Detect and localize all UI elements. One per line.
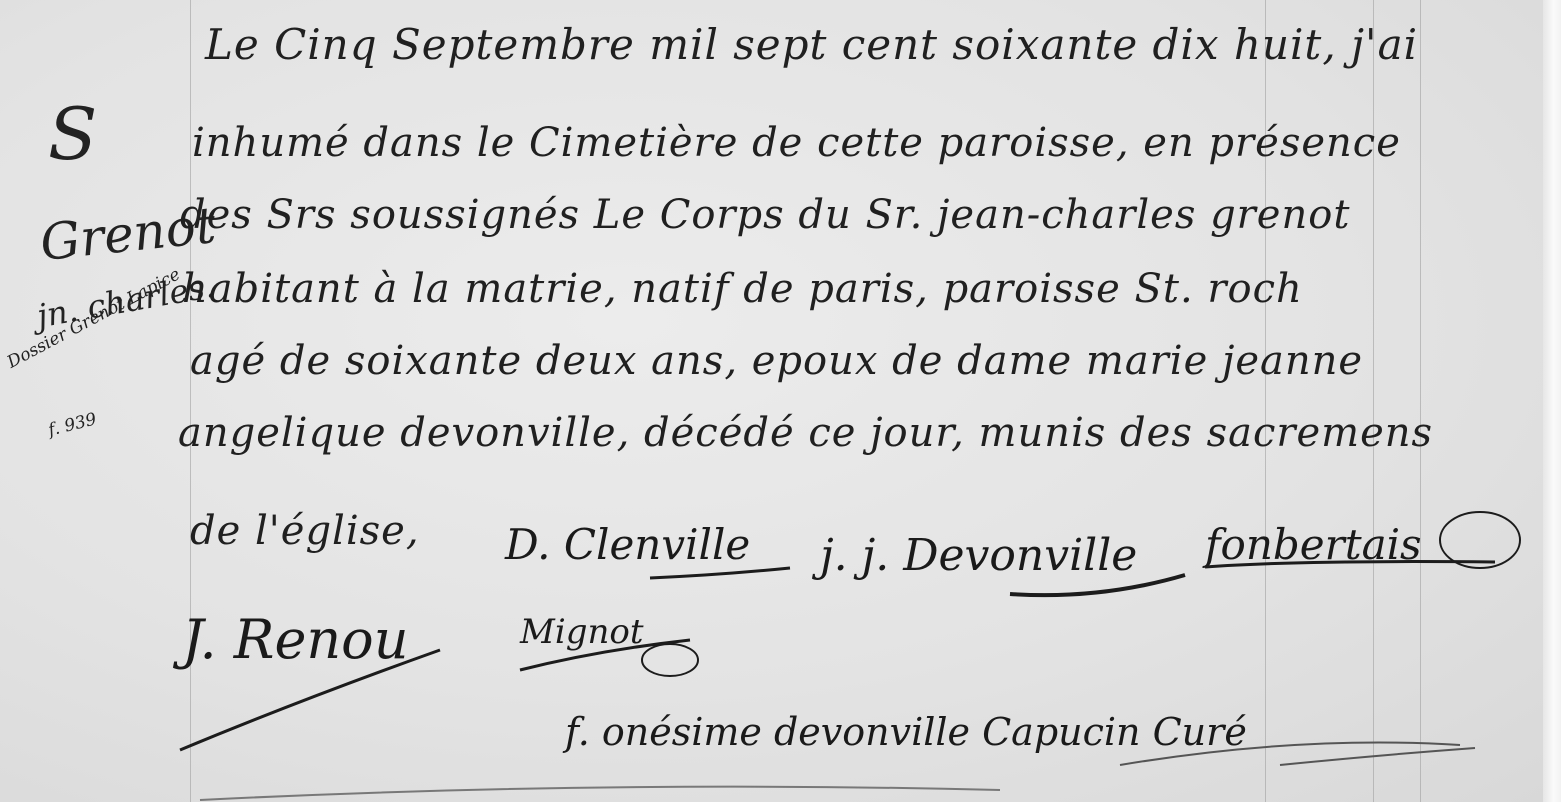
signature-flourishes — [0, 0, 1561, 802]
register-page: S Grenot jn. charles. Dossier Grenot Lap… — [0, 0, 1561, 802]
